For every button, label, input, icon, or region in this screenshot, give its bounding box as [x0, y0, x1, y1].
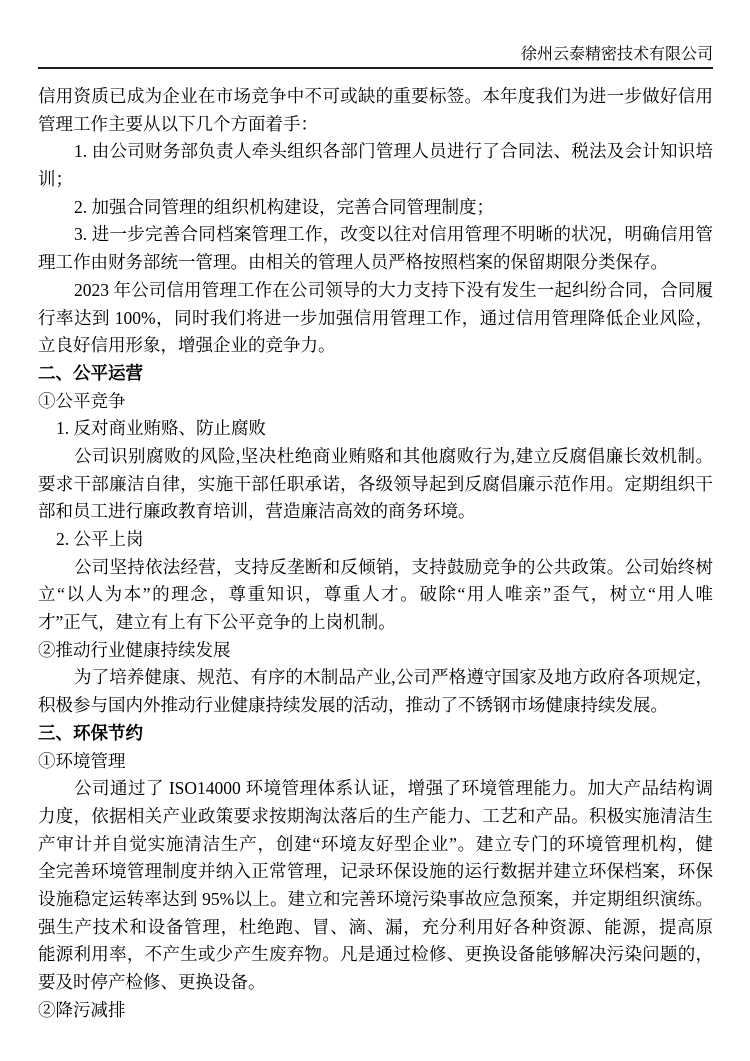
- text-line: 才”正气，建立有上有下公平竞争的上岗机制。: [38, 609, 713, 637]
- text-line: ②推动行业健康持续发展: [38, 637, 713, 665]
- header-divider: [38, 67, 713, 69]
- text-line: 训；: [38, 166, 713, 194]
- document-body: 信用资质已成为企业在市场竞争中不可或缺的重要标签。本年度我们为进一步做好信用管理…: [38, 83, 713, 1024]
- company-name: 徐州云泰精密技术有限公司: [521, 46, 713, 63]
- text-line: 公司坚持依法经营，支持反垄断和反倾销，支持鼓励竞争的公共政策。公司始终树: [38, 554, 713, 582]
- text-line: 2. 加强合同管理的组织机构建设，完善合同管理制度；: [38, 194, 713, 222]
- text-line: 要求干部廉洁自律，实施干部任职承诺，各级领导起到反腐倡廉示范作用。定期组织干: [38, 471, 713, 499]
- section-heading: 三、环保节约: [38, 720, 713, 748]
- text-line: 部和员工进行廉政教育培训，营造廉洁高效的商务环境。: [38, 498, 713, 526]
- text-line: 理工作由财务部统一管理。由相关的管理人员严格按照档案的保留期限分类保存。: [38, 249, 713, 277]
- text-line: 设施稳定运转率达到 95%以上。建立和完善环境污染事故应急预案，并定期组织演练。…: [38, 886, 713, 914]
- page-header: 徐州云泰精密技术有限公司: [38, 45, 713, 65]
- text-line: 管理工作主要从以下几个方面着手：: [38, 111, 713, 139]
- text-line: 为了培养健康、规范、有序的木制品产业,公司严格遵守国家及地方政府各项规定，: [38, 664, 713, 692]
- text-line: 能源利用率，不产生或少产生废弃物。凡是通过检修、更换设备能够解决污染问题的，: [38, 941, 713, 969]
- document-page: 徐州云泰精密技术有限公司 信用资质已成为企业在市场竞争中不可或缺的重要标签。本年…: [0, 0, 750, 1061]
- text-line: 立“以人为本”的理念，尊重知识，尊重人才。破除“用人唯亲”歪气，树立“用人唯: [38, 581, 713, 609]
- text-line: ②降污减排: [38, 997, 713, 1025]
- text-line: 2023 年公司信用管理工作在公司领导的大力支持下没有发生一起纠纷合同，合同履: [38, 277, 713, 305]
- section-heading: 二、公平运营: [38, 360, 713, 388]
- text-line: 力度，依据相关产业政策要求按期淘汰落后的生产能力、工艺和产品。积极实施清洁生: [38, 803, 713, 831]
- text-line: 2. 公平上岗: [38, 526, 713, 554]
- text-line: ①环境管理: [38, 748, 713, 776]
- text-line: 公司通过了 ISO14000 环境管理体系认证，增强了环境管理能力。加大产品结构…: [38, 775, 713, 803]
- text-line: ①公平竞争: [38, 388, 713, 416]
- text-line: 立良好信用形象，增强企业的竞争力。: [38, 332, 713, 360]
- text-line: 强生产技术和设备管理，杜绝跑、冒、滴、漏，充分利用好各种资源、能源，提高原料、: [38, 914, 713, 942]
- text-line: 1. 由公司财务部负责人牵头组织各部门管理人员进行了合同法、税法及会计知识培: [38, 138, 713, 166]
- text-line: 要及时停产检修、更换设备。: [38, 969, 713, 997]
- text-line: 1. 反对商业贿赂、防止腐败: [38, 415, 713, 443]
- text-line: 产审计并自觉实施清洁生产，创建“环境友好型企业”。建立专门的环境管理机构，健: [38, 831, 713, 859]
- text-line: 信用资质已成为企业在市场竞争中不可或缺的重要标签。本年度我们为进一步做好信用: [38, 83, 713, 111]
- text-line: 全完善环境管理制度并纳入正常管理，记录环保设施的运行数据并建立环保档案，环保: [38, 858, 713, 886]
- text-line: 积极参与国内外推动行业健康持续发展的活动，推动了不锈钢市场健康持续发展。: [38, 692, 713, 720]
- text-line: 公司识别腐败的风险,坚决杜绝商业贿赂和其他腐败行为,建立反腐倡廉长效机制。: [38, 443, 713, 471]
- text-line: 3. 进一步完善合同档案管理工作，改变以往对信用管理不明晰的状况，明确信用管: [38, 221, 713, 249]
- text-line: 行率达到 100%，同时我们将进一步加强信用管理工作，通过信用管理降低企业风险，…: [38, 305, 713, 333]
